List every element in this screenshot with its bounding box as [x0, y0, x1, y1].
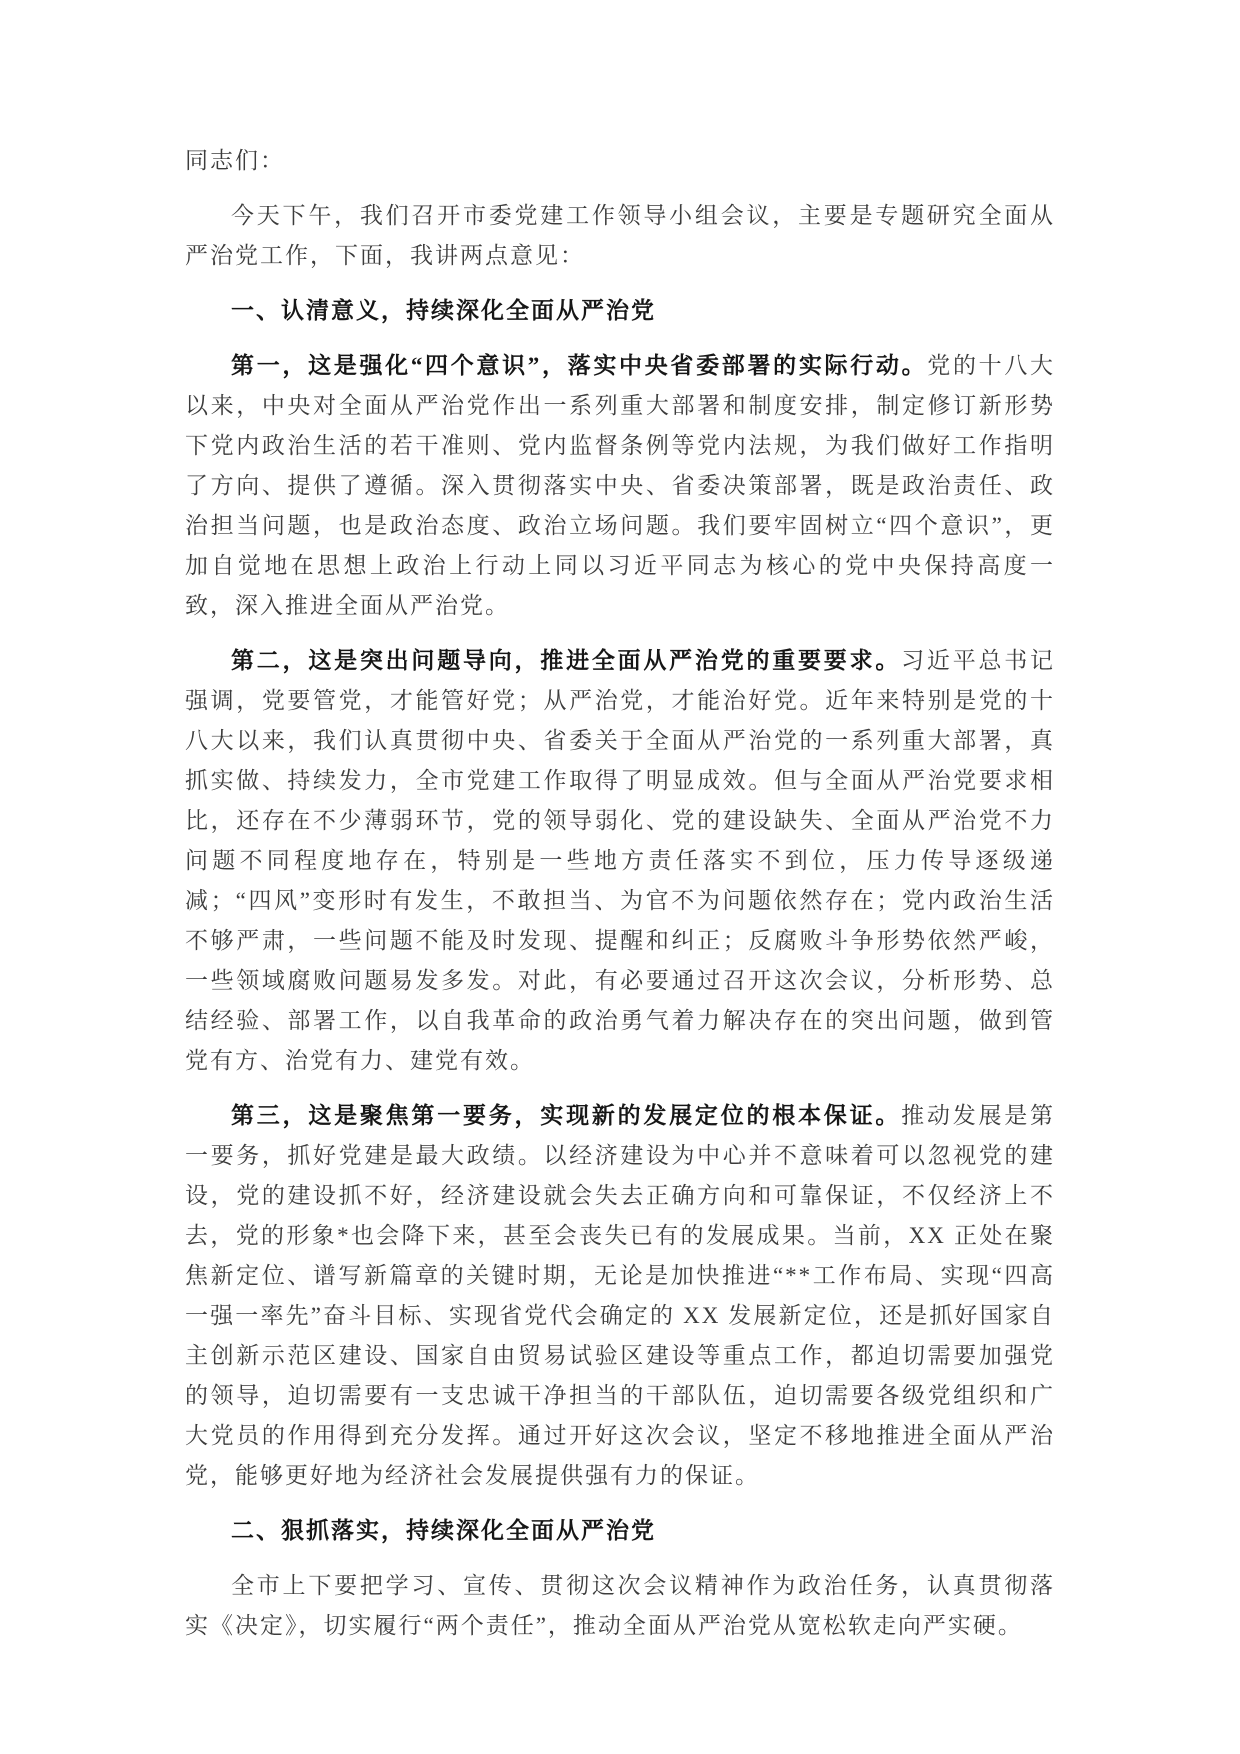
- section-1-paragraph-3: 第三，这是聚焦第一要务，实现新的发展定位的根本保证。推动发展是第一要务，抓好党建…: [185, 1096, 1055, 1496]
- section-1-paragraph-2: 第二，这是突出问题导向，推进全面从严治党的重要要求。习近平总书记强调，党要管党，…: [185, 641, 1055, 1081]
- paragraph-2-body-text: 习近平总书记强调，党要管党，才能管好党；从严治党，才能治好党。近年来特别是党的十…: [185, 648, 1055, 1073]
- section-1-paragraph-1: 第一，这是强化“四个意识”，落实中央省委部署的实际行动。党的十八大以来，中央对全…: [185, 346, 1055, 626]
- paragraph-1-lead-sentence: 第一，这是强化“四个意识”，落实中央省委部署的实际行动。: [231, 353, 927, 378]
- document-page: 同志们： 今天下午，我们召开市委党建工作领导小组会议，主要是专题研究全面从严治党…: [0, 0, 1240, 1754]
- section-2-heading: 二、狠抓落实，持续深化全面从严治党: [185, 1511, 1055, 1551]
- paragraph-3-lead-sentence: 第三，这是聚焦第一要务，实现新的发展定位的根本保证。: [231, 1103, 901, 1128]
- paragraph-2-lead-sentence: 第二，这是突出问题导向，推进全面从严治党的重要要求。: [231, 648, 901, 673]
- document-body: 同志们： 今天下午，我们召开市委党建工作领导小组会议，主要是专题研究全面从严治党…: [185, 141, 1055, 1646]
- paragraph-1-body-text: 党的十八大以来，中央对全面从严治党作出一系列重大部署和制度安排，制定修订新形势下…: [185, 353, 1055, 618]
- salutation: 同志们：: [185, 141, 1055, 181]
- intro-paragraph: 今天下午，我们召开市委党建工作领导小组会议，主要是专题研究全面从严治党工作，下面…: [185, 196, 1055, 276]
- section-1-heading: 一、认清意义，持续深化全面从严治党: [185, 291, 1055, 331]
- document-page-root: { "page": { "background": "#ffffff", "te…: [0, 0, 1240, 1754]
- section-2-paragraph-1: 全市上下要把学习、宣传、贯彻这次会议精神作为政治任务，认真贯彻落实《决定》，切实…: [185, 1566, 1055, 1646]
- paragraph-3-body-text: 推动发展是第一要务，抓好党建是最大政绩。以经济建设为中心并不意味着可以忽视党的建…: [185, 1103, 1055, 1488]
- closing-paragraph-text: 全市上下要把学习、宣传、贯彻这次会议精神作为政治任务，认真贯彻落实《决定》，切实…: [185, 1573, 1055, 1638]
